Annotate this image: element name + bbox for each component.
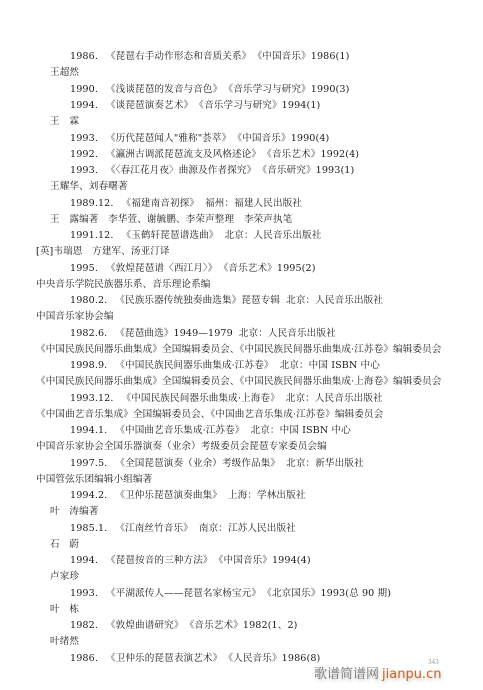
entry-source: 《北京国乐》1993(总 90 期)	[267, 588, 391, 599]
entry-source: 《音乐研究》1993(1)	[262, 165, 354, 176]
author-heading: 王超然	[50, 67, 79, 79]
bibliography-entry: 1982.6.《琵琶曲选》1949—1979北京：人民音乐出版社	[70, 328, 336, 340]
watermark-domain: jianpu.cn	[382, 667, 441, 682]
author-heading: 卢家珍	[50, 571, 79, 583]
entry-year: 1989.12.	[70, 198, 114, 210]
entry-title: 《瀛洲古调派琵琶流支及风格述论》	[106, 149, 261, 160]
entry-year: 1980.2.	[70, 295, 107, 307]
author-heading: 《中国民族民间器乐曲集成》全国编辑委员会、《中国民族民间器乐曲集成·江苏卷》编辑…	[36, 344, 442, 356]
entry-year: 1985.1.	[70, 523, 107, 535]
bibliography-entry: 1993.《〈春江花月夜〉曲源及作者探究》《音乐研究》1993(1)	[70, 165, 354, 177]
author-heading: 王耀华、刘春曙著	[50, 181, 128, 193]
entry-title: 《平湖派传人——琵琶名家杨宝元》	[106, 588, 261, 599]
entry-source: 南京：江苏人民出版社	[199, 523, 296, 534]
entry-source: 《音乐艺术》1992(4)	[267, 149, 359, 160]
entry-year: 1994.2.	[70, 490, 107, 502]
bibliography-entry: 1994.2.《卫仲乐琵琶演奏曲集》上海：学林出版社	[70, 490, 306, 502]
entry-title: 《中国曲艺音乐集成·江苏卷》	[115, 425, 244, 436]
entry-title: 《〈春江花月夜〉曲源及作者探究》	[106, 165, 256, 176]
entry-source: 北京：新华出版社	[286, 458, 364, 469]
bibliography-entry: 1998.9.《中国民族民间器乐曲集成·江苏卷》北京：中国 ISBN 中心	[70, 360, 380, 372]
entry-year: 1992.	[70, 149, 98, 161]
entry-source: 《音乐艺术》1995(2)	[224, 263, 316, 274]
author-heading: 叶 栋	[50, 604, 79, 616]
entry-title: 《琵琶右手动作形态和音质关系》	[106, 51, 251, 62]
entry-year: 1982.	[70, 620, 98, 632]
entry-title: 《全国琵琶演奏（业余）考级作品集》	[115, 458, 280, 469]
entry-year: 1994.	[70, 555, 98, 567]
bibliography-entry: 1982.《敦煌曲谱研究》《音乐艺术》1982(1、2)	[70, 620, 298, 632]
entry-year: 1993.	[70, 588, 98, 600]
entry-year: 1991.12.	[70, 230, 114, 242]
entry-title: 《民族乐器传统独奏曲选集》琵琶专辑	[115, 295, 280, 306]
entry-title: 《浅谈琵琶的发音与音色》	[106, 84, 222, 95]
entry-year: 1986.	[70, 653, 98, 665]
watermark: 歌谱简谱网jianpu.cn	[314, 663, 441, 682]
entry-source: 北京：人民音乐出版社	[286, 393, 383, 404]
bibliography-entry: 1993.12.《中国民族民间器乐曲集成·上海卷》北京：人民音乐出版社	[70, 393, 383, 405]
entry-source: 北京：中国 ISBN 中心	[280, 360, 380, 371]
entry-year: 1986.	[70, 51, 98, 63]
entry-source: 北京：中国 ISBN 中心	[251, 425, 351, 436]
entry-source: 《中国音乐》1994(4)	[219, 555, 311, 566]
watermark-site-name: 歌谱简谱网	[314, 667, 379, 682]
author-heading: 石 蔚	[50, 539, 79, 551]
bibliography-entry: 1986.《琵琶右手动作形态和音质关系》《中国音乐》1986(1)	[70, 51, 349, 63]
author-heading: 叶 涛编著	[50, 506, 98, 518]
author-heading: 中国音乐家协会编	[36, 311, 114, 323]
bibliography-entry: 1985.1.《江南丝竹音乐》南京：江苏人民出版社	[70, 523, 296, 535]
entry-title: 《江南丝竹音乐》	[115, 523, 193, 534]
entry-title: 《卫仲乐琵琶演奏曲集》	[115, 490, 222, 501]
entry-year: 1994.1.	[70, 425, 107, 437]
entry-title: 《敦煌琵琶谱〈西江月〉》	[106, 263, 218, 274]
bibliography-entry: 1993.《历代琵琶闻人"雅称"荟萃》《中国音乐》1990(4)	[70, 133, 329, 145]
entry-year: 1997.5.	[70, 458, 107, 470]
entry-year: 1993.12.	[70, 393, 114, 405]
bibliography-entry: 1995.《敦煌琵琶谱〈西江月〉》《音乐艺术》1995(2)	[70, 263, 316, 275]
bibliography-entry: 1990.《浅谈琵琶的发音与音色》《音乐学习与研究》1990(3)	[70, 84, 349, 96]
entry-source: 《人民音乐》1986(8)	[228, 653, 320, 664]
bibliography-entry: 1986.《卫仲乐的琵琶表演艺术》《人民音乐》1986(8)	[70, 653, 320, 665]
entry-title: 《福建南音初探》	[122, 198, 200, 209]
author-heading: 《中国曲艺音乐集成》全国编辑委员会、《中国曲艺音乐集成·江苏卷》编辑委员会	[36, 409, 383, 421]
bibliography-entry: 1992.《瀛洲古调派琵琶流支及风格述论》《音乐艺术》1992(4)	[70, 149, 359, 161]
entry-title: 《敦煌曲谱研究》	[106, 620, 184, 631]
author-heading: 王 霖	[50, 116, 79, 128]
author-heading: 《中国民族民间器乐曲集成》全国编辑委员会、《中国民族民间器乐曲集成·上海卷》编辑…	[36, 376, 442, 388]
entry-title: 《历代琵琶闻人"雅称"荟萃》	[106, 133, 231, 144]
entry-year: 1990.	[70, 84, 98, 96]
bibliography-entry: 1994.1.《中国曲艺音乐集成·江苏卷》北京：中国 ISBN 中心	[70, 425, 351, 437]
bibliography-entry: 1993.《平湖派传人——琵琶名家杨宝元》《北京国乐》1993(总 90 期)	[70, 588, 391, 600]
entry-source: 《中国音乐》1986(1)	[257, 51, 349, 62]
entry-year: 1995.	[70, 263, 98, 275]
entry-source: 《音乐艺术》1982(1、2)	[190, 620, 298, 631]
author-heading: 中央音乐学院民族器乐系、音乐理论系编	[36, 279, 211, 291]
entry-source: 北京：人民音乐出版社	[286, 295, 383, 306]
entry-year: 1994.	[70, 100, 98, 112]
entry-source: 福州：福建人民出版社	[205, 198, 302, 209]
document-page: 1986.《琵琶右手动作形态和音质关系》《中国音乐》1986(1)王超然1990…	[0, 0, 483, 690]
author-heading: 中国音乐家协会全国乐器演奏（业余）考级委员会琵琶专家委员会编	[36, 441, 327, 453]
entry-source: 《中国音乐》1990(4)	[237, 133, 329, 144]
bibliography-entry: 1994.《琵琶按音的三种方法》《中国音乐》1994(4)	[70, 555, 311, 567]
entry-year: 1982.6.	[70, 328, 107, 340]
author-heading: 王 露编著 李华萱、谢毓鹏、李荣声整理 李荣声执笔	[50, 214, 292, 226]
entry-title: 《中国民族民间器乐曲集成·江苏卷》	[115, 360, 273, 371]
entry-source: 北京：人民音乐出版社	[224, 230, 321, 241]
entry-source: 北京：人民音乐出版社	[239, 328, 336, 339]
entry-source: 《音乐学习与研究》1990(3)	[228, 84, 349, 95]
entry-source: 上海：学林出版社	[228, 490, 306, 501]
entry-title: 《琵琶曲选》1949—1979	[115, 328, 233, 339]
entry-title: 《玉鹤轩琵琶谱选曲》	[122, 230, 219, 241]
entry-title: 《谈琵琶演奏艺术》	[106, 100, 193, 111]
bibliography-entry: 1980.2.《民族乐器传统独奏曲选集》琵琶专辑北京：人民音乐出版社	[70, 295, 383, 307]
entry-year: 1993.	[70, 165, 98, 177]
entry-year: 1998.9.	[70, 360, 107, 372]
bibliography-entry: 1991.12.《玉鹤轩琵琶谱选曲》北京：人民音乐出版社	[70, 230, 321, 242]
entry-title: 《琵琶按音的三种方法》	[106, 555, 213, 566]
entry-year: 1993.	[70, 133, 98, 145]
author-heading: 叶绪然	[50, 636, 79, 648]
bibliography-entry: 1997.5.《全国琵琶演奏（业余）考级作品集》北京：新华出版社	[70, 458, 364, 470]
bibliography-entry: 1989.12.《福建南音初探》福州：福建人民出版社	[70, 198, 302, 210]
author-heading: [英]韦瑞恩 方建军、汤亚汀译	[36, 246, 170, 258]
bibliography-entry: 1994.《谈琵琶演奏艺术》《音乐学习与研究》1994(1)	[70, 100, 320, 112]
entry-title: 《卫仲乐的琵琶表演艺术》	[106, 653, 222, 664]
author-heading: 中国管弦乐团编辑小组编著	[36, 474, 152, 486]
entry-source: 《音乐学习与研究》1994(1)	[199, 100, 320, 111]
entry-title: 《中国民族民间器乐曲集成·上海卷》	[122, 393, 280, 404]
